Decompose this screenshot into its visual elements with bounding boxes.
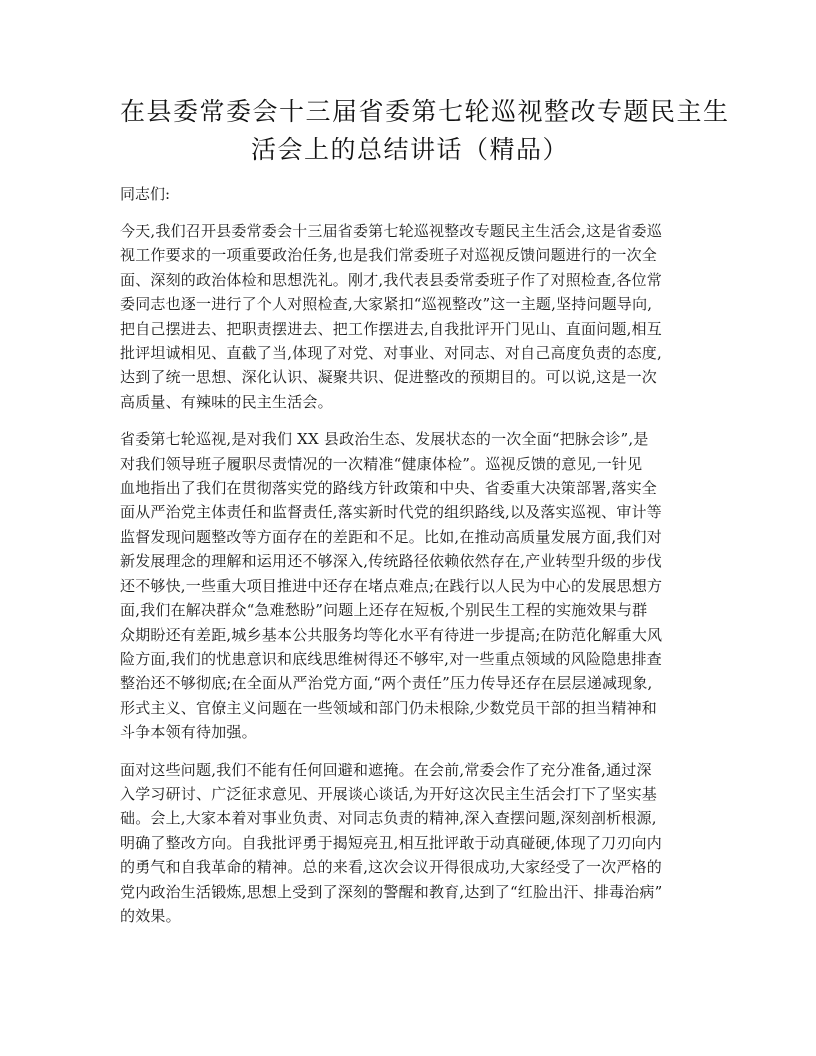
paragraph-line: 整治还不够彻底;在全面从严治党方面,“两个责任”压力传导还存在层层递减现象,: [120, 671, 700, 695]
paragraph-line: 达到了统一思想、深化认识、凝聚共识、促进整改的预期目的。可以说,这是一次: [120, 365, 700, 389]
title-line-2: 活会上的总结讲话（精品）: [120, 131, 700, 169]
paragraph-line: 今天,我们召开县委常委会十三届省委第七轮巡视整改专题民主生活会,这是省委巡: [120, 219, 700, 243]
paragraph-line: 面、深刻的政治体检和思想洗礼。刚才,我代表县委常委班子作了对照检查,各位常: [120, 268, 700, 292]
document-page: 在县委常委会十三届省委第七轮巡视整改专题民主生 活会上的总结讲话（精品） 同志们…: [0, 0, 816, 1056]
paragraph-line: 血地指出了我们在贯彻落实党的路线方针政策和中央、省委重大决策部署,落实全: [120, 476, 700, 500]
paragraph-line: 委同志也逐一进行了个人对照检查,大家紧扣“巡视整改”这一主题,坚持问题导向,: [120, 292, 700, 316]
paragraph-line: 形式主义、官僚主义问题在一些领域和部门仍未根除,少数党员干部的担当精神和: [120, 696, 700, 720]
paragraph-line: 明确了整改方向。自我批评勇于揭短亮丑,相互批评敢于动真碰硬,体现了刀刃向内: [120, 831, 700, 855]
paragraph-line: 把自己摆进去、把职责摆进去、把工作摆进去,自我批评开门见山、直面问题,相互: [120, 317, 700, 341]
paragraph-3: 面对这些问题,我们不能有任何回避和遮掩。在会前,常委会作了充分准备,通过深 入学…: [120, 758, 700, 929]
paragraph-line: 的效果。: [120, 904, 700, 928]
paragraph-line: 新发展理念的理解和运用还不够深入,传统路径依赖依然存在,产业转型升级的步伐: [120, 549, 700, 573]
paragraph-line: 面从严治党主体责任和监督责任,落实新时代党的组织路线,以及落实巡视、审计等: [120, 500, 700, 524]
paragraph-line: 险方面,我们的忧患意识和底线思维树得还不够牢,对一些重点领域的风险隐患排查: [120, 647, 700, 671]
paragraph-line: 党内政治生活锻炼,思想上受到了深刻的警醒和教育,达到了“红脸出汗、排毒治病”: [120, 880, 700, 904]
paragraph-line: 还不够快,一些重大项目推进中还存在堵点难点;在践行以人民为中心的发展思想方: [120, 574, 700, 598]
paragraph-line: 入学习研讨、广泛征求意见、开展谈心谈话,为开好这次民主生活会打下了坚实基: [120, 782, 700, 806]
paragraph-line: 高质量、有辣味的民主生活会。: [120, 390, 700, 414]
title-line-1: 在县委常委会十三届省委第七轮巡视整改专题民主生: [120, 93, 700, 131]
paragraph-line: 面,我们在解决群众“急难愁盼”问题上还存在短板,个别民生工程的实施效果与群: [120, 598, 700, 622]
paragraph-line: 监督发现问题整改等方面存在的差距和不足。比如,在推动高质量发展方面,我们对: [120, 525, 700, 549]
salutation: 同志们:: [120, 184, 700, 204]
paragraph-1: 今天,我们召开县委常委会十三届省委第七轮巡视整改专题民主生活会,这是省委巡 视工…: [120, 219, 700, 414]
document-body: 同志们: 今天,我们召开县委常委会十三届省委第七轮巡视整改专题民主生活会,这是省…: [120, 184, 700, 941]
document-title: 在县委常委会十三届省委第七轮巡视整改专题民主生 活会上的总结讲话（精品）: [120, 93, 700, 169]
paragraph-line: 省委第七轮巡视,是对我们 XX 县政治生态、发展状态的一次全面“把脉会诊”,是: [120, 427, 700, 451]
paragraph-line: 批评坦诚相见、直截了当,体现了对党、对事业、对同志、对自己高度负责的态度,: [120, 341, 700, 365]
paragraph-line: 众期盼还有差距,城乡基本公共服务均等化水平有待进一步提高;在防范化解重大风: [120, 623, 700, 647]
paragraph-line: 视工作要求的一项重要政治任务,也是我们常委班子对巡视反馈问题进行的一次全: [120, 243, 700, 267]
paragraph-line: 面对这些问题,我们不能有任何回避和遮掩。在会前,常委会作了充分准备,通过深: [120, 758, 700, 782]
paragraph-line: 础。会上,大家本着对事业负责、对同志负责的精神,深入查摆问题,深刻剖析根源,: [120, 806, 700, 830]
paragraph-line: 的勇气和自我革命的精神。总的来看,这次会议开得很成功,大家经受了一次严格的: [120, 855, 700, 879]
paragraph-line: 对我们领导班子履职尽责情况的一次精准“健康体检”。巡视反馈的意见,一针见: [120, 452, 700, 476]
paragraph-2: 省委第七轮巡视,是对我们 XX 县政治生态、发展状态的一次全面“把脉会诊”,是 …: [120, 427, 700, 744]
paragraph-line: 斗争本领有待加强。: [120, 720, 700, 744]
